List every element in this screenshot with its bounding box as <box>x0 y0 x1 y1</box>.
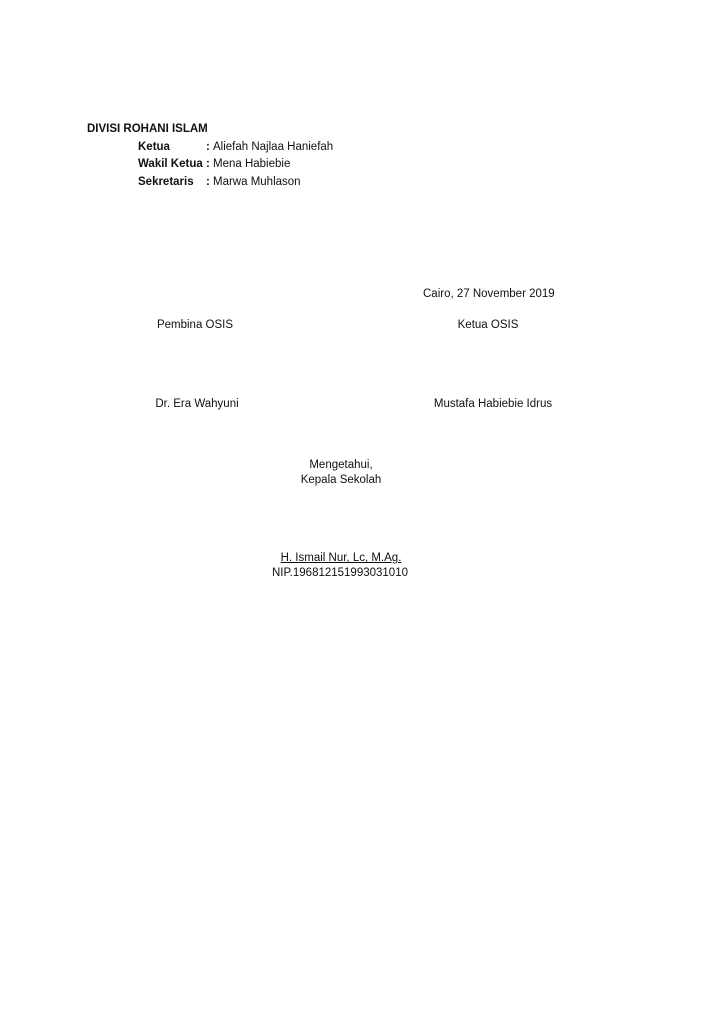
member-role: Sekretaris <box>138 175 194 189</box>
document-page: DIVISI ROHANI ISLAM Ketua : Aliefah Najl… <box>0 0 724 1024</box>
left-signatory-title: Pembina OSIS <box>157 318 233 332</box>
approval-title: Kepala Sekolah <box>301 473 382 487</box>
right-signatory-title: Ketua OSIS <box>458 318 519 332</box>
member-separator: : <box>206 175 210 189</box>
left-signatory-name: Dr. Era Wahyuni <box>155 397 238 411</box>
member-separator: : <box>206 140 210 154</box>
member-separator: : <box>206 157 210 171</box>
approval-label: Mengetahui, <box>309 458 372 472</box>
member-role: Wakil Ketua <box>138 157 203 171</box>
member-name: Mena Habiebie <box>213 157 290 171</box>
member-role: Ketua <box>138 140 170 154</box>
approval-nip: NIP.196812151993031010 <box>272 566 408 580</box>
right-signatory-name: Mustafa Habiebie Idrus <box>434 397 552 411</box>
approval-name: H. Ismail Nur, Lc, M.Ag. <box>281 551 402 565</box>
place-date: Cairo, 27 November 2019 <box>423 287 555 301</box>
division-title: DIVISI ROHANI ISLAM <box>87 122 208 136</box>
member-name: Aliefah Najlaa Haniefah <box>213 140 333 154</box>
member-name: Marwa Muhlason <box>213 175 301 189</box>
